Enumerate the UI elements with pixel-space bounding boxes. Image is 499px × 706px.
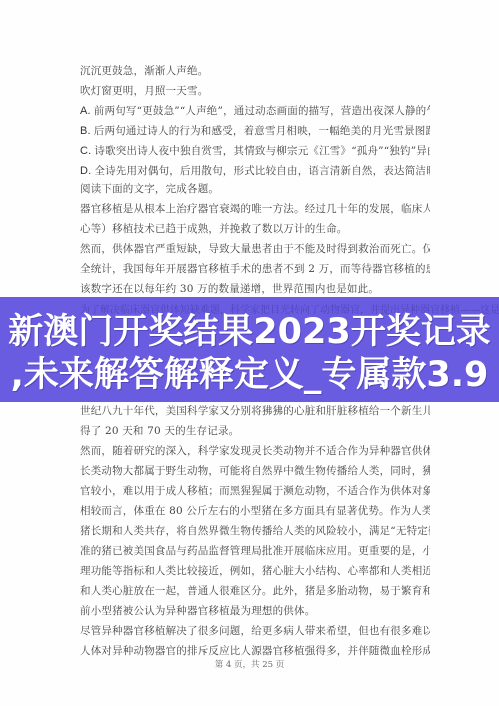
paragraph-line: 得了 20 天和 70 天的生存记录。 xyxy=(80,424,430,438)
paragraph-line: 前小型猪被公认为异种器官移植最为理想的供体。 xyxy=(80,604,430,618)
option-a: A.前两句写“更鼓急”“人声绝”，通过动态画面的描写，营造出夜深人静的气氛。 xyxy=(80,104,430,118)
paragraph-line: 人体对异种动物器官的排斥反应比人源器官移植强得多，并伴随微血栓形成等复杂副反应，… xyxy=(80,644,430,658)
option-d-key: D. xyxy=(80,165,91,177)
option-b-text: 后两句通过诗人的行为和感受，着意雪月相映，一幅绝美的月光雪景图跃然纸上。 xyxy=(94,125,430,137)
paragraph-line: 相较而言，体重在 80 公斤左右的小型猪在多方面具有显著优势。作为人类最早驯养的… xyxy=(80,504,430,518)
paragraph-line: 理功能等指标和人类比较接近，例如，猪心脏大小结构、心率都和人类相近；如果将小型猪… xyxy=(80,564,430,578)
option-b: B.后两句通过诗人的行为和感受，着意雪月相映，一幅绝美的月光雪景图跃然纸上。 xyxy=(80,124,430,138)
paragraph-line: 世纪八九十年代，美国科学家又分别将狒狒的心脏和肝脏移植给一个新生儿和一位 35 … xyxy=(80,404,430,418)
paragraph-line: 然而，随着研究的深入，科学家发现灵长类动物并不适合作为异种器官供体，主要原因是这… xyxy=(80,444,430,458)
paragraph-line: 猪长期和人类共存，将自然界微生物传播给人类的风险较小，满足“无特定微生物”（DP… xyxy=(80,524,430,538)
paragraph-line: 全统计，我国每年开展器官移植手术的患者不到 2 万，而等待器官移植的患者却高达 … xyxy=(80,262,430,276)
banner-title-line-1: 新澳门开奖结果2023开奖记录 xyxy=(0,311,499,354)
reading-instruction: 阅读下面的文字，完成各题。 xyxy=(80,182,430,196)
paragraph-line: 尽管异种器官移植解决了很多问题，给更多病人带来希望，但也有很多难以突破的瓶颈，例… xyxy=(80,624,430,638)
paragraph-line: 官较小，难以用于成人移植；而黑猩猩属于濒危动物，不适合作为供体对象。 xyxy=(80,484,430,498)
paragraph-line: 心等）移植技术已趋于成熟，并挽救了数以万计的生命。 xyxy=(80,222,430,236)
option-c-key: C. xyxy=(80,145,91,157)
paragraph-line: 器官移植是从根本上治疗器官衰竭的唯一方法。经过几十年的发展，临床人体器官（如肝、… xyxy=(80,202,430,216)
poem-line-1: 沉沉更鼓急，渐渐人声绝。 xyxy=(80,64,430,78)
banner-title-line-2: ,未来解答解释定义_专属款3.9 xyxy=(0,354,499,397)
banner-title: 新澳门开奖结果2023开奖记录 ,未来解答解释定义_专属款3.9 xyxy=(0,311,499,397)
poem-line-2: 吹灯窗更明，月照一天雪。 xyxy=(80,84,430,98)
option-a-key: A. xyxy=(80,105,91,117)
paragraph-line: 长类动物大都属于野生动物，可能将自然界中微生物传播给人类，同时，狒狒、猴子等动物… xyxy=(80,464,430,478)
option-b-key: B. xyxy=(80,125,91,137)
option-d-text: 全诗先用对偶句，后用散句，形式比较自由，语言清新自然，表达简洁晓畅。 xyxy=(94,165,430,177)
paragraph-line: 该数字还在以每年约 30 万的数量递增，世界范围内也是如此。 xyxy=(80,282,430,296)
paragraph-line: 和人类心脏放在一起，普通人很难区分。此外，猪是多胎动物，易于繁育和基因改造，因此… xyxy=(80,584,430,598)
option-a-text: 前两句写“更鼓急”“人声绝”，通过动态画面的描写，营造出夜深人静的气氛。 xyxy=(94,105,430,117)
paragraph-line: 准的猪已被美国食品与药品监督管理局批准开展临床应用。更重要的是，小型猪的器官大小… xyxy=(80,544,430,558)
paragraph-line: 然而，供体器官严重短缺，导致大量患者由于不能及时得到救治而死亡。仅以我国为例，据… xyxy=(80,242,430,256)
option-d: D.全诗先用对偶句，后用散句，形式比较自由，语言清新自然，表达简洁晓畅。 xyxy=(80,164,430,178)
overlay-banner: 为了解决临床器官供体短缺难题，科学家把目光转向了动物器官，并提出异种器官移植——… xyxy=(0,297,499,402)
option-c: C.诗歌突出诗人夜中独自赏雪，其情致与柳宗元《江雪》“孤舟”“独钓”异曲同工。 xyxy=(80,144,430,158)
page-number-footer: 第 4 页，共 25 页 xyxy=(0,658,499,670)
option-c-text: 诗歌突出诗人夜中独自赏雪，其情致与柳宗元《江雪》“孤舟”“独钓”异曲同工。 xyxy=(94,145,430,157)
